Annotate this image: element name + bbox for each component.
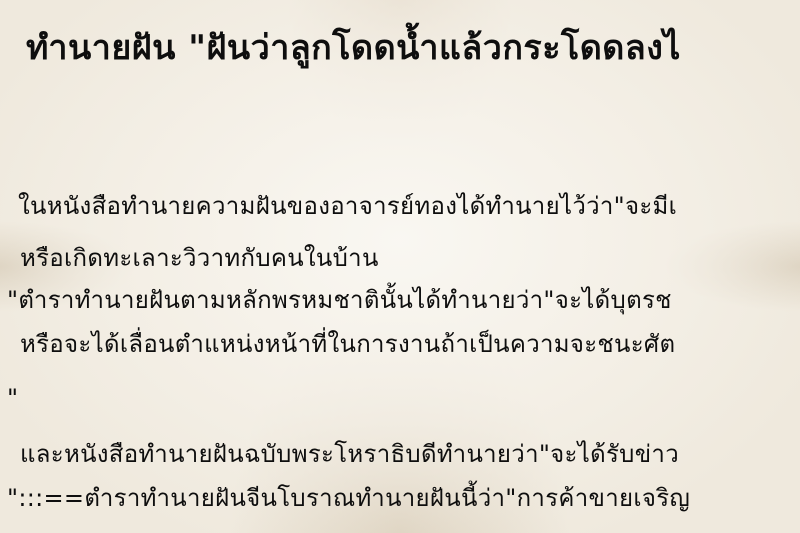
paragraph-line-1: ในหนังสือทำนายความฝันของอาจารย์ทองได้ทำน… [18, 188, 677, 224]
paragraph-line-7: ":::==ตำราทำนายฝันจีนโบราณทำนายฝันนี้ว่า… [7, 480, 690, 516]
dream-interpretation-page: ทำนายฝัน "ฝันว่าลูกโดดน้ำแล้วกระโดดลงไ ใ… [0, 0, 800, 533]
paragraph-line-5: " [7, 380, 18, 416]
paragraph-line-6: และหนังสือทำนายฝันฉบับพระโหราธิบดีทำนายว… [20, 436, 679, 472]
paragraph-line-3: "ตำราทำนายฝันตามหลักพรหมชาตินั้นได้ทำนาย… [7, 282, 672, 318]
paragraph-line-2: หรือเกิดทะเลาะวิวาทกับคนในบ้าน [20, 240, 379, 276]
paragraph-line-4: หรือจะได้เลื่อนตำแหน่งหน้าที่ในการงานถ้า… [20, 326, 675, 362]
page-title: ทำนายฝัน "ฝันว่าลูกโดดน้ำแล้วกระโดดลงไ [26, 22, 681, 74]
